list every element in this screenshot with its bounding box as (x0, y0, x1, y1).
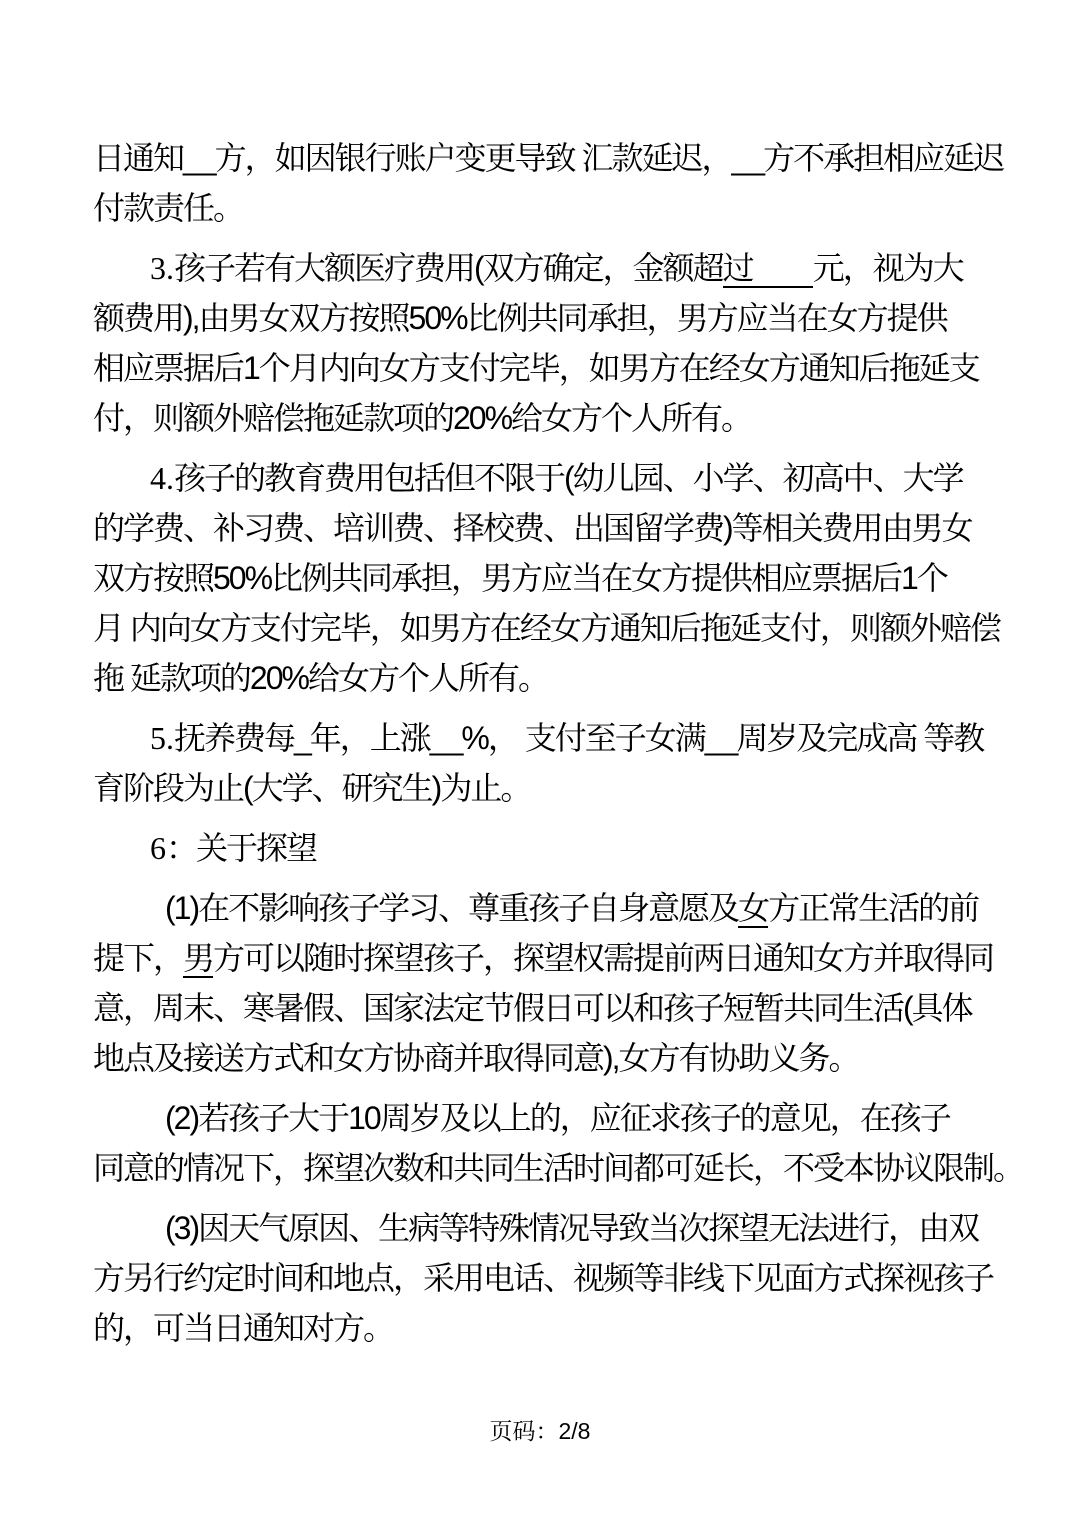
text-line: 4.孩子的教育费用包括但不限于(幼儿园、小学、初高中、大学 (93, 453, 993, 503)
paragraph-payment-delay-clause: 日通知__方，如因银行账户变更导致 汇款延迟，__方不承担相应延迟付款责任。 (93, 133, 993, 233)
text-segment: 意，周末、寒暑假、国家法定节假日可以和孩子短暂共同生活(具体 (93, 990, 972, 1026)
text-segment: 同意的情况下，探望次数和共同生活时间都可延长，不受本协议限制。 (93, 1150, 1023, 1186)
text-line: 额费用),由男女双方按照50%比例共同承担，男方应当在女方提供 (93, 293, 993, 343)
text-line: (2)若孩子大于10周岁及以上的，应征求孩子的意见，在孩子 (93, 1093, 993, 1143)
text-line: 的学费、补习费、培训费、择校费、出国留学费)等相关费用由男女 (93, 503, 993, 553)
text-line: (3)因天气原因、生病等特殊情况导致当次探望无法进行，由双 (93, 1203, 993, 1253)
text-segment: (2)若孩子大于10周岁及以上的，应征求孩子的意见，在孩子 (165, 1100, 950, 1136)
text-segment: (1)在不影响孩子学习、尊重孩子自身意愿及 (165, 890, 738, 926)
text-line: 的，可当日通知对方。 (93, 1303, 993, 1353)
text-line: 月 内向女方支付完毕，如男方在经女方通知后拖延支付，则额外赔偿 (93, 603, 993, 653)
text-segment: 日通知__方，如因银行账户变更导致 汇款延迟，__方不承担相应延迟 (93, 140, 1003, 176)
text-segment: 付，则额外赔偿拖延款项的20%给女方个人所有。 (93, 400, 751, 436)
text-line: 意，周末、寒暑假、国家法定节假日可以和孩子短暂共同生活(具体 (93, 983, 993, 1033)
text-segment: 4. (150, 460, 174, 496)
paragraph-visitation-item-1: (1)在不影响孩子学习、尊重孩子自身意愿及女方正常生活的前提下，男方可以随时探望… (93, 883, 993, 1083)
text-line: 付款责任。 (93, 183, 993, 233)
text-segment: 拖 延款项的20%给女方个人所有。 (93, 660, 548, 696)
text-line: 同意的情况下，探望次数和共同生活时间都可延长，不受本协议限制。 (93, 1143, 993, 1193)
text-segment: 6 (150, 830, 166, 866)
text-line: 拖 延款项的20%给女方个人所有。 (93, 653, 993, 703)
text-line: 相应票据后1个月内向女方支付完毕，如男方在经女方通知后拖延支 (93, 343, 993, 393)
fill-in-blank-underline: 女 (738, 890, 768, 928)
paragraph-clause-3-medical-fees: 3.孩子若有大额医疗费用(双方确定，金额超过 元，视为大额费用),由男女双方按照… (93, 243, 993, 443)
text-segment: 付款责任。 (93, 190, 243, 226)
text-line: 3.孩子若有大额医疗费用(双方确定，金额超过 元，视为大 (93, 243, 993, 293)
paragraph-section-6-visitation-heading: 6：关于探望 (93, 823, 993, 873)
text-segment: 方可以随时探望孩子，探望权需提前两日通知女方并取得同 (213, 940, 993, 976)
text-line: 育阶段为止(大学、研究生)为止。 (93, 763, 993, 813)
page-number-label: 页码：2/8 (490, 1418, 591, 1444)
document-body: 日通知__方，如因银行账户变更导致 汇款延迟，__方不承担相应延迟付款责任。3.… (93, 133, 993, 1363)
text-segment: 额费用),由男女双方按照50%比例共同承担，男方应当在女方提供 (93, 300, 947, 336)
text-segment: (3)因天气原因、生病等特殊情况导致当次探望无法进行，由双 (165, 1210, 978, 1246)
text-line: 地点及接送方式和女方协商并取得同意),女方有协助义务。 (93, 1033, 993, 1083)
text-segment: 地点及接送方式和女方协商并取得同意),女方有协助义务。 (93, 1040, 859, 1076)
text-line: 提下，男方可以随时探望孩子，探望权需提前两日通知女方并取得同 (93, 933, 993, 983)
text-segment: 月 内向女方支付完毕，如男方在经女方通知后拖延支付，则额外赔偿 (93, 610, 1000, 646)
paragraph-visitation-item-3: (3)因天气原因、生病等特殊情况导致当次探望无法进行，由双方另行约定时间和地点，… (93, 1203, 993, 1353)
text-segment: 育阶段为止(大学、研究生)为止。 (93, 770, 530, 806)
fill-in-blank-underline: 男 (183, 940, 213, 978)
text-segment: 的，可当日通知对方。 (93, 1310, 393, 1346)
text-segment: 抚养费每_年，上涨__%， 支付至子女满__周岁及完成高 等教 (174, 720, 983, 756)
paragraph-visitation-item-2: (2)若孩子大于10周岁及以上的，应征求孩子的意见，在孩子同意的情况下，探望次数… (93, 1093, 993, 1193)
text-segment: 双方按照50%比例共同承担，男方应当在女方提供相应票据后1个 (93, 560, 947, 596)
text-line: 方另行约定时间和地点，采用电话、视频等非线下见面方式探视孩子 (93, 1253, 993, 1303)
text-line: 5.抚养费每_年，上涨__%， 支付至子女满__周岁及完成高 等教 (93, 713, 993, 763)
text-segment: 3. (150, 250, 174, 286)
text-segment: 方另行约定时间和地点，采用电话、视频等非线下见面方式探视孩子 (93, 1260, 993, 1296)
document-page: 日通知__方，如因银行账户变更导致 汇款延迟，__方不承担相应延迟付款责任。3.… (0, 0, 1080, 1530)
text-segment: 孩子的教育费用包括但不限于(幼儿园、小学、初高中、大学 (174, 460, 963, 496)
text-line: 双方按照50%比例共同承担，男方应当在女方提供相应票据后1个 (93, 553, 993, 603)
page-footer: 页码：2/8 (0, 1413, 1080, 1446)
text-segment: 的学费、补习费、培训费、择校费、出国留学费)等相关费用由男女 (93, 510, 972, 546)
text-segment: 孩子若有大额医疗费用(双方确定，金额超 (174, 250, 723, 286)
text-segment: 方正常生活的前 (768, 890, 978, 926)
paragraph-clause-5-support-increase: 5.抚养费每_年，上涨__%， 支付至子女满__周岁及完成高 等教育阶段为止(大… (93, 713, 993, 813)
text-segment: 元，视为大 (813, 250, 963, 286)
fill-in-blank-underline: 过 (723, 250, 753, 288)
fill-in-blank-underline (753, 250, 813, 288)
text-line: (1)在不影响孩子学习、尊重孩子自身意愿及女方正常生活的前 (93, 883, 993, 933)
text-line: 6：关于探望 (93, 823, 993, 873)
text-segment: 5. (150, 720, 174, 756)
text-segment: 提下， (93, 940, 183, 976)
text-line: 日通知__方，如因银行账户变更导致 汇款延迟，__方不承担相应延迟 (93, 133, 993, 183)
paragraph-clause-4-education-fees: 4.孩子的教育费用包括但不限于(幼儿园、小学、初高中、大学的学费、补习费、培训费… (93, 453, 993, 703)
text-segment: ：关于探望 (166, 830, 316, 866)
text-segment: 相应票据后1个月内向女方支付完毕，如男方在经女方通知后拖延支 (93, 350, 979, 386)
text-line: 付，则额外赔偿拖延款项的20%给女方个人所有。 (93, 393, 993, 443)
